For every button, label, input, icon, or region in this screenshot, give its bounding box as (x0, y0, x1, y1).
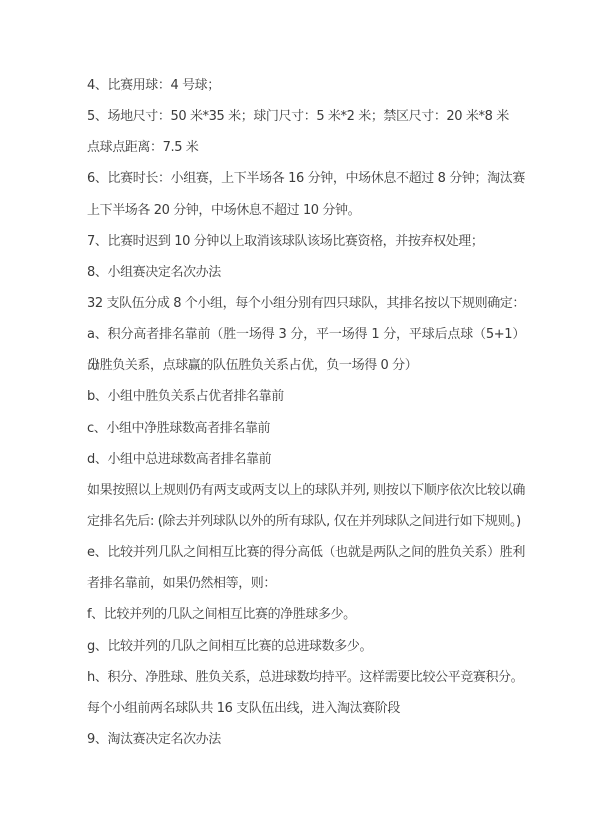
text-line: b、小组中胜负关系占优者排名靠前 (87, 381, 525, 412)
text-line: g、比较并列的几队之间相互比赛的总进球数多少。 (87, 631, 525, 662)
text-line: 5、场地尺寸：50 米*35 米；球门尺寸：5 米*2 米；禁区尺寸：20 米*… (87, 101, 525, 132)
document-body: 4、比赛用球：4 号球；5、场地尺寸：50 米*35 米；球门尺寸：5 米*2 … (87, 70, 525, 755)
text-line: 定排名先后: (除去并列球队以外的所有球队, 仅在并列球队之间进行如下规则。) (87, 506, 525, 537)
document-page: 4、比赛用球：4 号球；5、场地尺寸：50 米*35 米；球门尺寸：5 米*2 … (0, 0, 595, 840)
text-line: 出胜负关系，点球赢的队伍胜负关系占优，负一场得 0 分） (87, 350, 525, 381)
text-line: 如果按照以上规则仍有两支或两支以上的球队并列, 则按以下顺序依次比较以确 (87, 475, 525, 506)
text-line: 点球点距离：7.5 米 (87, 132, 525, 163)
text-line: a、积分高者排名靠前（胜一场得 3 分，平一场得 1 分，平球后点球（5+1）分 (87, 319, 525, 350)
text-line: 每个小组前两名球队共 16 支队伍出线，进入淘汰赛阶段 (87, 693, 525, 724)
text-line: 8、小组赛决定名次办法 (87, 257, 525, 288)
text-line: 7、比赛时迟到 10 分钟以上取消该球队该场比赛资格，并按弃权处理； (87, 226, 525, 257)
text-line: h、积分、净胜球、胜负关系，总进球数均持平。这样需要比较公平竞赛积分。 (87, 662, 525, 693)
text-line: 6、比赛时长：小组赛，上下半场各 16 分钟，中场休息不超过 8 分钟；淘汰赛 (87, 163, 525, 194)
text-line: 4、比赛用球：4 号球； (87, 70, 525, 101)
text-line: e、比较并列几队之间相互比赛的得分高低（也就是两队之间的胜负关系）胜利 (87, 537, 525, 568)
text-line: 32 支队伍分成 8 个小组，每个小组分别有四只球队，其排名按以下规则确定： (87, 288, 525, 319)
text-line: d、小组中总进球数高者排名靠前 (87, 444, 525, 475)
text-line: 者排名靠前，如果仍然相等，则： (87, 568, 525, 599)
text-line: 9、淘汰赛决定名次办法 (87, 724, 525, 755)
text-line: c、小组中净胜球数高者排名靠前 (87, 413, 525, 444)
text-line: 上下半场各 20 分钟，中场休息不超过 10 分钟。 (87, 195, 525, 226)
text-line: f、比较并列的几队之间相互比赛的净胜球多少。 (87, 599, 525, 630)
